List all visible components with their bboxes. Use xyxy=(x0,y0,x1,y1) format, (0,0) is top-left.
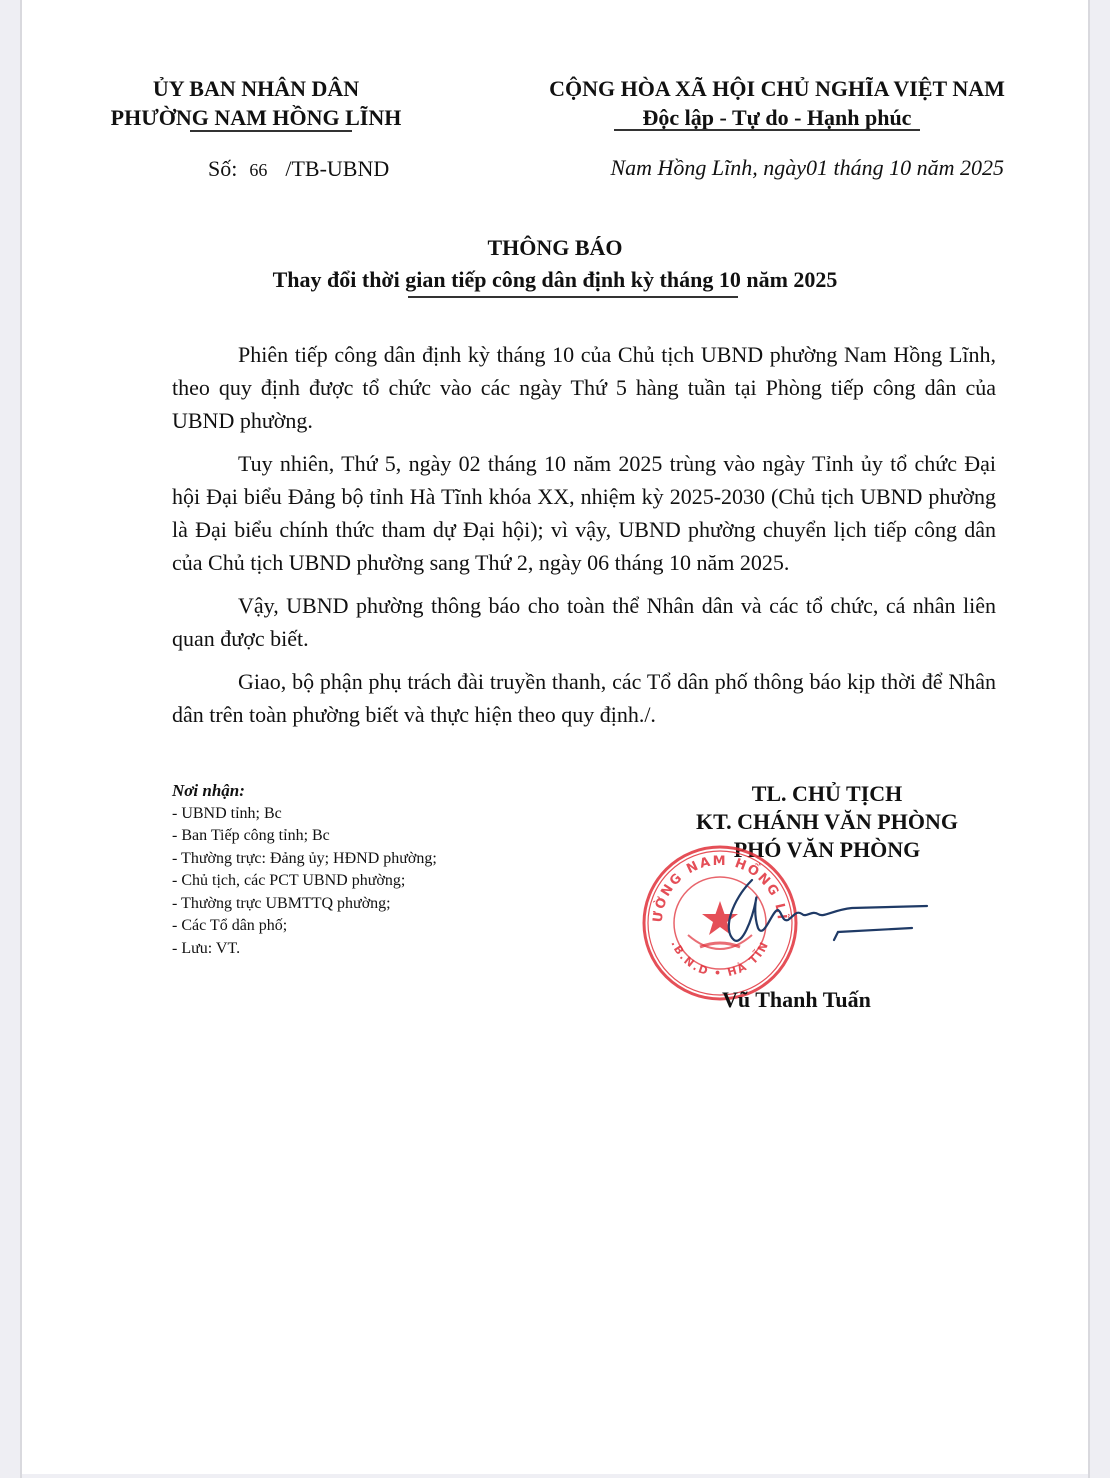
national-title: CỘNG HÒA XÃ HỘI CHỦ NGHĨA VIỆT NAM xyxy=(494,74,1060,103)
national-motto: Độc lập - Tự do - Hạnh phúc xyxy=(494,103,1060,132)
paragraph: Vậy, UBND phường thông báo cho toàn thể … xyxy=(172,589,996,655)
agency-underline xyxy=(190,130,352,132)
recipient-item: - Chủ tịch, các PCT UBND phường; xyxy=(172,870,437,893)
recipient-item: - Lưu: VT. xyxy=(172,938,437,961)
doc-number-value: 66 xyxy=(249,160,267,180)
viewer-right-gutter xyxy=(1088,0,1110,1478)
national-motto-header: CỘNG HÒA XÃ HỘI CHỦ NGHĨA VIỆT NAM Độc l… xyxy=(494,74,1060,132)
place-date-line: Nam Hồng Lĩnh, ngày01 tháng 10 năm 2025 xyxy=(610,155,1004,181)
handwritten-signature-icon xyxy=(712,870,932,960)
signature-authority-1: TL. CHỦ TỊCH xyxy=(652,780,1002,808)
recipient-item: - Ban Tiếp công tỉnh; Bc xyxy=(172,825,437,848)
paragraph: Phiên tiếp công dân định kỳ tháng 10 của… xyxy=(172,338,996,437)
recipient-item: - Thường trực UBMTTQ phường; xyxy=(172,893,437,916)
agency-line-1: ỦY BAN NHÂN DÂN xyxy=(22,74,490,103)
recipients-heading: Nơi nhận: xyxy=(172,780,437,803)
document-page: ỦY BAN NHÂN DÂN PHƯỜNG NAM HỒNG LĨNH CỘN… xyxy=(22,0,1088,1474)
signer-name: Vũ Thanh Tuấn xyxy=(722,987,871,1013)
document-body: Phiên tiếp công dân định kỳ tháng 10 của… xyxy=(172,338,996,741)
document-title: THÔNG BÁO xyxy=(22,232,1088,264)
doc-number-suffix: /TB-UBND xyxy=(285,156,389,181)
signature-authority-2: KT. CHÁNH VĂN PHÒNG xyxy=(652,808,1002,836)
issuing-agency-header: ỦY BAN NHÂN DÂN PHƯỜNG NAM HỒNG LĨNH xyxy=(22,74,490,132)
motto-underline xyxy=(614,129,920,131)
document-subtitle: Thay đổi thời gian tiếp công dân định kỳ… xyxy=(22,264,1088,296)
document-number: Số:66/TB-UBND xyxy=(208,156,389,182)
recipient-item: - Các Tổ dân phố; xyxy=(172,915,437,938)
paragraph: Tuy nhiên, Thứ 5, ngày 02 tháng 10 năm 2… xyxy=(172,447,996,579)
viewer-left-gutter xyxy=(0,0,22,1478)
document-title-block: THÔNG BÁO Thay đổi thời gian tiếp công d… xyxy=(22,232,1088,296)
recipient-item: - Thường trực: Đảng ủy; HĐND phường; xyxy=(172,848,437,871)
recipient-item: - UBND tỉnh; Bc xyxy=(172,803,437,826)
recipients-block: Nơi nhận: - UBND tỉnh; Bc - Ban Tiếp côn… xyxy=(172,780,437,960)
doc-number-prefix: Số: xyxy=(208,156,237,181)
agency-line-2: PHƯỜNG NAM HỒNG LĨNH xyxy=(111,105,402,130)
subtitle-underline xyxy=(408,296,738,298)
paragraph: Giao, bộ phận phụ trách đài truyền thanh… xyxy=(172,665,996,731)
